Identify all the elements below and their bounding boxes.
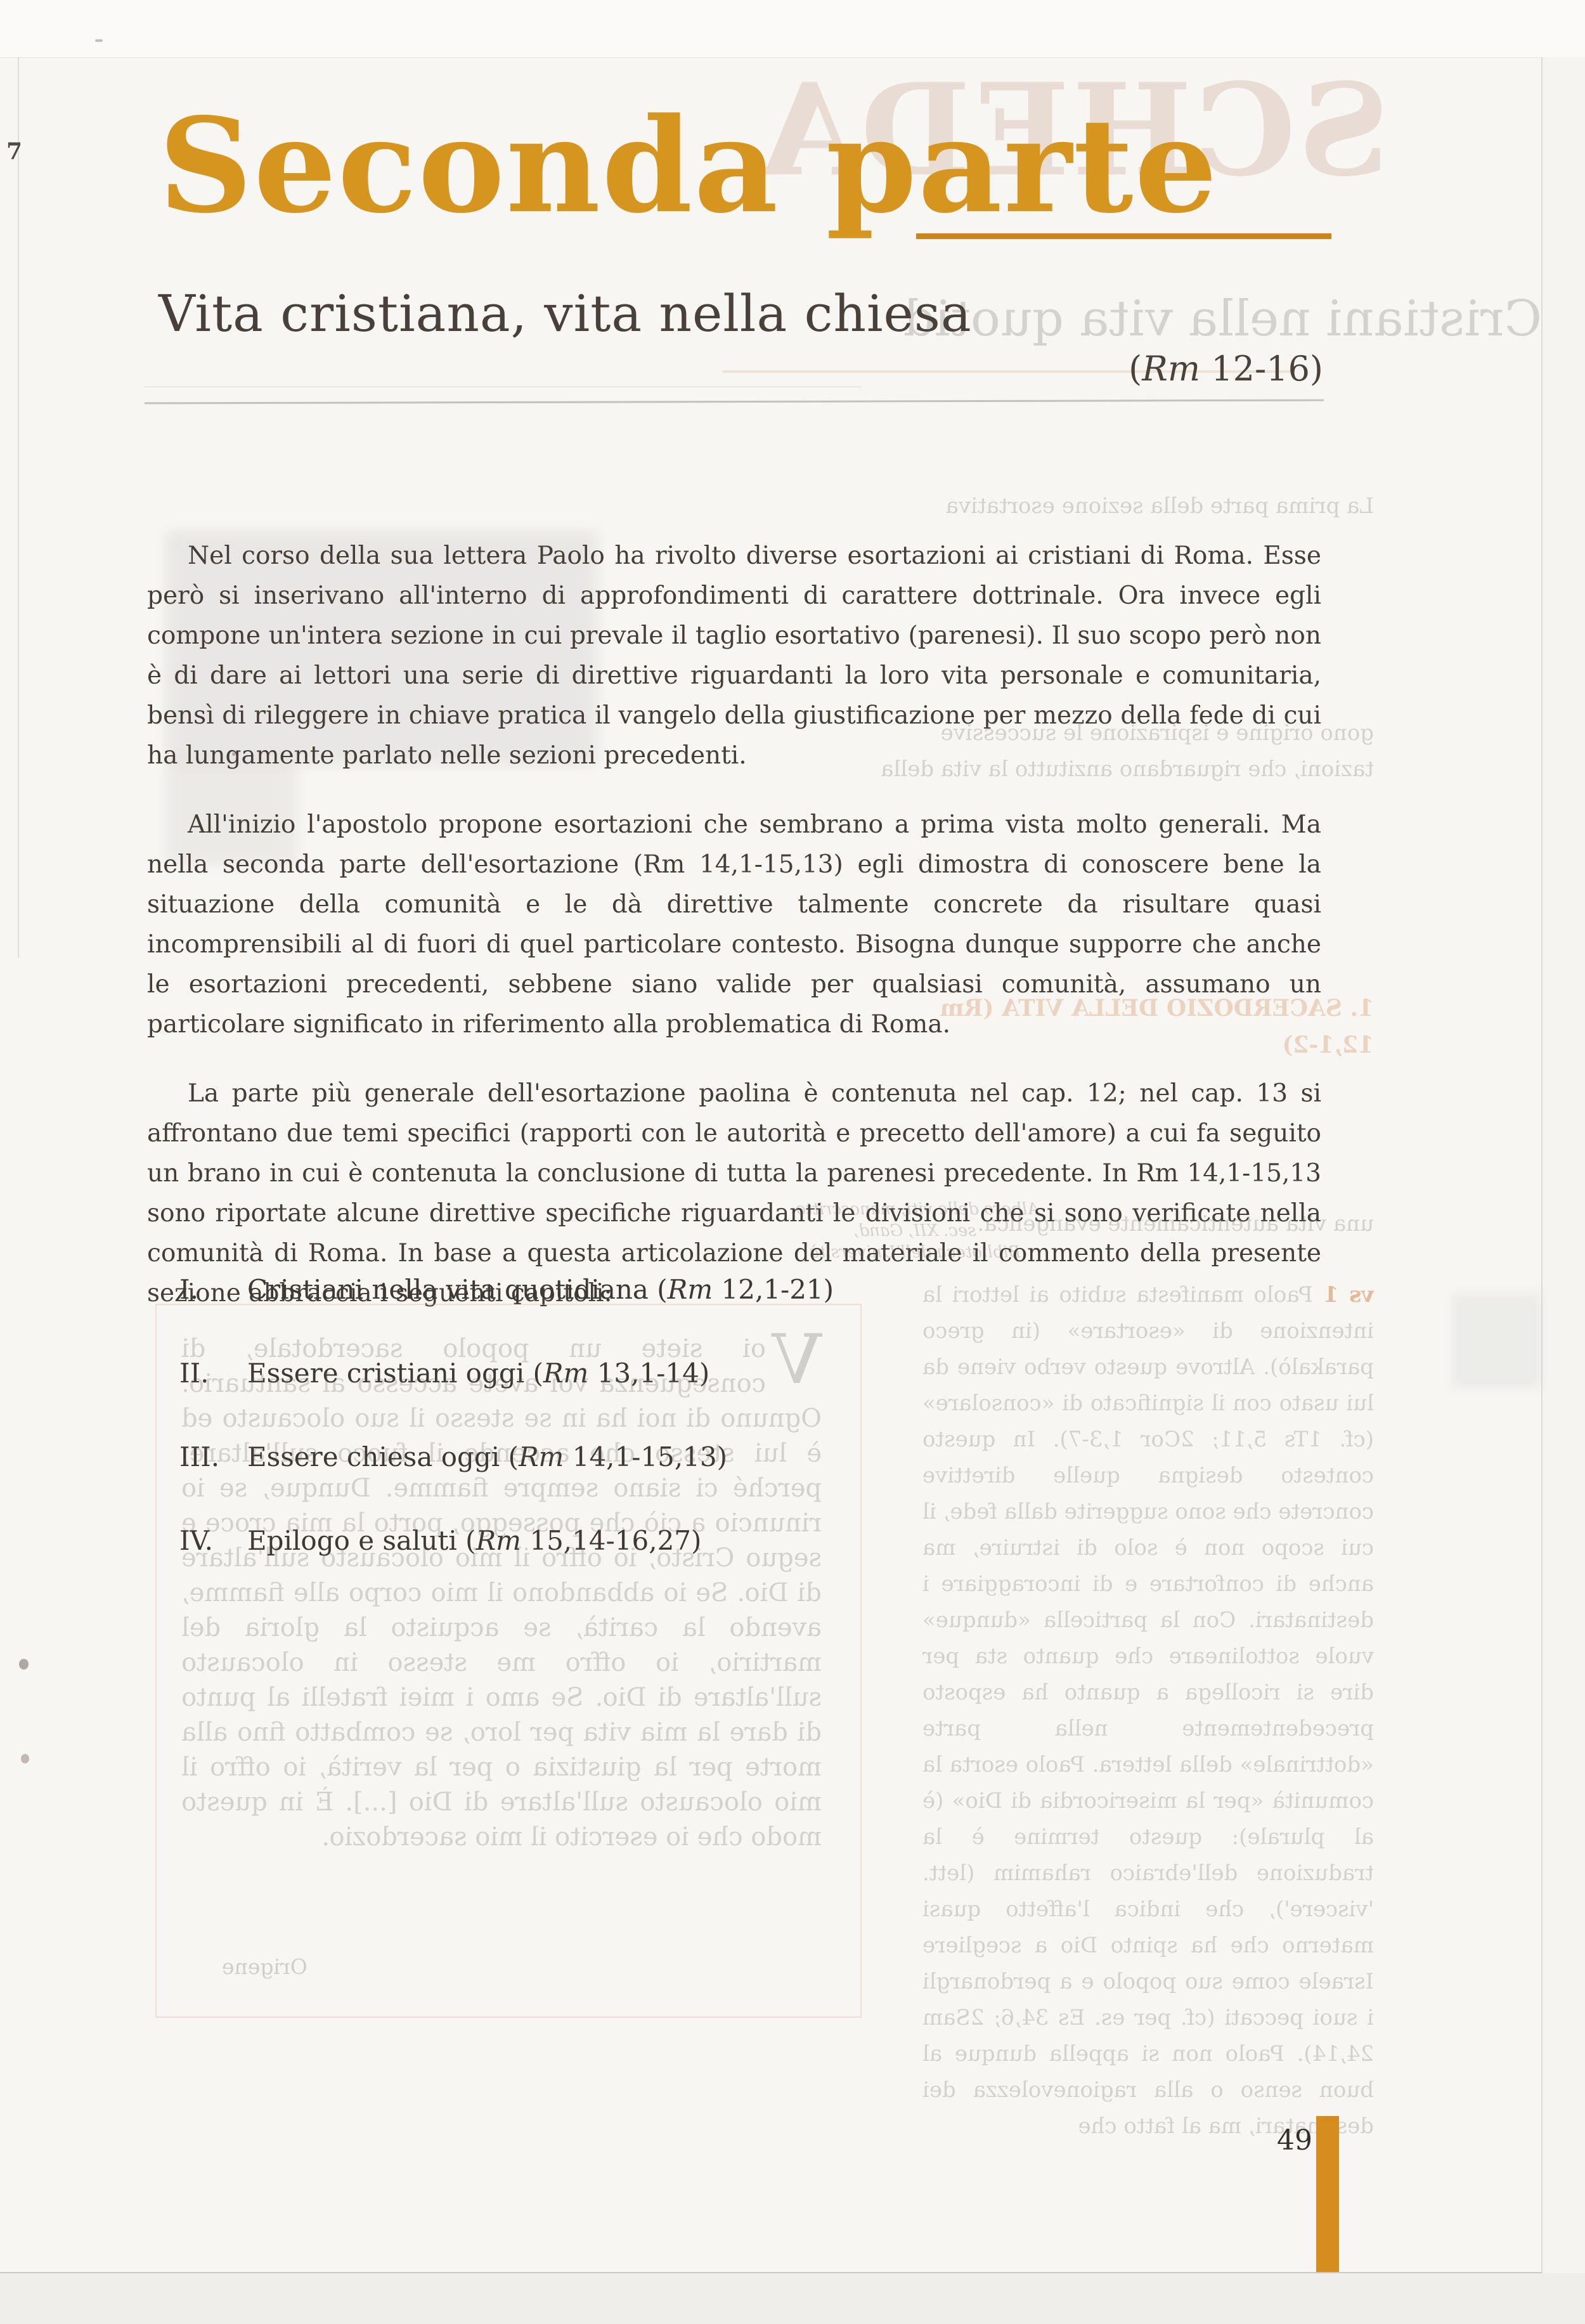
bleedthrough-commentary: vs 1 Paolo manifesta subito ai lettori l… bbox=[922, 1277, 1374, 2145]
bleedthrough-quote-text: Voi siete un popolo sacerdotale, di cons… bbox=[181, 1332, 822, 1855]
title-rule bbox=[916, 233, 1331, 239]
paper-crease bbox=[18, 57, 19, 958]
bleedthrough-line: una vita autenticamente evangelica. bbox=[922, 1206, 1374, 1242]
reference-book: Rm bbox=[1142, 349, 1200, 389]
bleedthrough-line: La prima parte della sezione esortativa bbox=[922, 488, 1374, 524]
reference-paren: ( bbox=[1129, 349, 1142, 389]
paper-speck bbox=[95, 39, 103, 42]
reference-range: 12-16) bbox=[1200, 349, 1323, 389]
scripture-reference: (Rm 12-16) bbox=[1014, 349, 1323, 389]
bleedthrough-subtitle: Cristiani nella vita quotid bbox=[1098, 290, 1542, 347]
faint-rule bbox=[145, 386, 861, 387]
bleedthrough-quote-attribution: Origene bbox=[222, 1954, 307, 1979]
page-subtitle: Vita cristiana, vita nella chiesa bbox=[158, 284, 972, 343]
edge-sheet-number: 7 bbox=[6, 138, 22, 165]
scan-top-edge bbox=[0, 0, 1585, 58]
page-title: Seconda parte bbox=[158, 95, 1109, 238]
index-label: Cristiani nella vita quotidiana (Rm 12,1… bbox=[247, 1273, 834, 1306]
page-number: 49 bbox=[1268, 2124, 1312, 2157]
bleedthrough-lines: gono origine e ispirazione le successive… bbox=[922, 715, 1374, 788]
paper-speck bbox=[232, 752, 236, 756]
punch-hole-mark bbox=[21, 1754, 29, 1763]
scan-bottom-edge bbox=[0, 2273, 1585, 2324]
page-edge-tab bbox=[1316, 2116, 1339, 2272]
bleedthrough-heading-ref: 12,1-2) bbox=[922, 1027, 1374, 1063]
bleedthrough-heading: 1. SACERDOZIO DELLA VITA (Rm bbox=[922, 990, 1374, 1027]
scan-right-edge bbox=[1543, 57, 1585, 2272]
punch-hole-mark bbox=[19, 1659, 29, 1670]
scan-smudge bbox=[1452, 1294, 1541, 1389]
index-numeral: I. bbox=[179, 1273, 247, 1306]
scanned-book-page: 7 SCHEDA Cristiani nella vita quotid Sec… bbox=[0, 0, 1585, 2324]
